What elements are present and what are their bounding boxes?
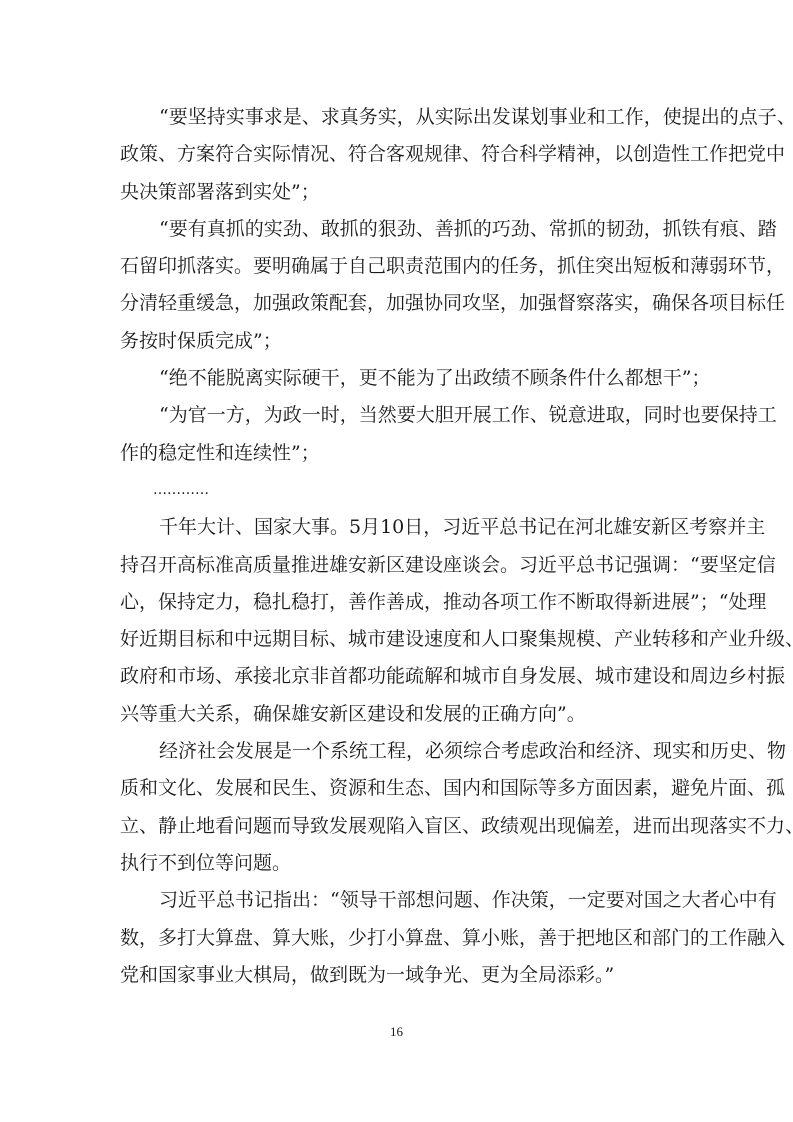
text-line: 作的稳定性和连续性”； [120, 435, 672, 472]
text-line: 政策、方案符合实际情况、符合客观规律、符合科学精神，以创造性工作把党中 [120, 136, 672, 173]
text-line: 政府和市场、承接北京非首都功能疏解和城市自身发展、城市建设和周边乡村振 [120, 658, 672, 695]
text-line: “为官一方，为政一时，当然要大胆开展工作、锐意进取，同时也要保持工 [120, 397, 672, 434]
text-line: 经济社会发展是一个系统工程，必须综合考虑政治和经济、现实和历史、物 [120, 733, 672, 770]
text-line: 务按时保质完成”； [120, 323, 672, 360]
paragraph-quote-seek-truth: “要坚持实事求是、求真务实，从实际出发谋划事业和工作，使提出的点子、 政策、方案… [120, 99, 672, 211]
paragraph-quote-implementation: “要有真抓的实劲、敢抓的狠劲、善抓的巧劲、常抓的韧劲，抓铁有痕、踏 石留印抓落实… [120, 211, 672, 360]
text-line: 兴等重大关系，确保雄安新区建设和发展的正确方向”。 [120, 696, 672, 733]
text-line: 央决策部署落到实处”； [120, 174, 672, 211]
text-line: 党和国家事业大棋局，做到既为一域争光、更为全局添彩。” [120, 957, 672, 994]
body-text: “要坚持实事求是、求真务实，从实际出发谋划事业和工作，使提出的点子、 政策、方案… [120, 99, 672, 994]
paragraph-quote-stability: “为官一方，为政一时，当然要大胆开展工作、锐意进取，同时也要保持工 作的稳定性和… [120, 397, 672, 472]
paragraph-ellipsis: ………… [120, 472, 672, 509]
paragraph-xiongan: 千年大计、国家大事。5月10日，习近平总书记在河北雄安新区考察并主 持召开高标准… [120, 509, 672, 733]
text-line: 心，保持定力，稳扎稳打，善作善成，推动各项工作不断取得新进展”；“处理 [120, 584, 672, 621]
text-line: “要有真抓的实劲、敢抓的狠劲、善抓的巧劲、常抓的韧劲，抓铁有痕、踏 [120, 211, 672, 248]
page-number: 16 [0, 1024, 793, 1040]
paragraph-systems-engineering: 经济社会发展是一个系统工程，必须综合考虑政治和经济、现实和历史、物 质和文化、发… [120, 733, 672, 882]
ellipsis-line: ………… [120, 472, 672, 509]
text-line: 习近平总书记指出：“领导干部想问题、作决策，一定要对国之大者心中有 [120, 882, 672, 919]
text-line: 执行不到位等问题。 [120, 845, 672, 882]
paragraph-quote-no-blind-work: “绝不能脱离实际硬干，更不能为了出政绩不顾条件什么都想干”； [120, 360, 672, 397]
text-line: “绝不能脱离实际硬干，更不能为了出政绩不顾条件什么都想干”； [120, 360, 672, 397]
text-line: “要坚持实事求是、求真务实，从实际出发谋划事业和工作，使提出的点子、 [120, 99, 672, 136]
text-line: 石留印抓落实。要明确属于自己职责范围内的任务，抓住突出短板和薄弱环节， [120, 248, 672, 285]
text-line: 持召开高标准高质量推进雄安新区建设座谈会。习近平总书记强调：“要坚定信 [120, 547, 672, 584]
text-line: 千年大计、国家大事。5月10日，习近平总书记在河北雄安新区考察并主 [120, 509, 672, 546]
text-line: 质和文化、发展和民生、资源和生态、国内和国际等多方面因素，避免片面、孤 [120, 770, 672, 807]
text-line: 数，多打大算盘、算大账，少打小算盘、算小账，善于把地区和部门的工作融入 [120, 920, 672, 957]
text-line: 立、静止地看问题而导致发展观陷入盲区、政绩观出现偏差，进而出现落实不力、 [120, 808, 672, 845]
document-page: “要坚持实事求是、求真务实，从实际出发谋划事业和工作，使提出的点子、 政策、方案… [0, 0, 793, 1122]
text-line: 分清轻重缓急，加强政策配套，加强协同攻坚，加强督察落实，确保各项目标任 [120, 285, 672, 322]
text-line: 好近期目标和中远期目标、城市建设速度和人口聚集规模、产业转移和产业升级、 [120, 621, 672, 658]
paragraph-big-picture: 习近平总书记指出：“领导干部想问题、作决策，一定要对国之大者心中有 数，多打大算… [120, 882, 672, 994]
